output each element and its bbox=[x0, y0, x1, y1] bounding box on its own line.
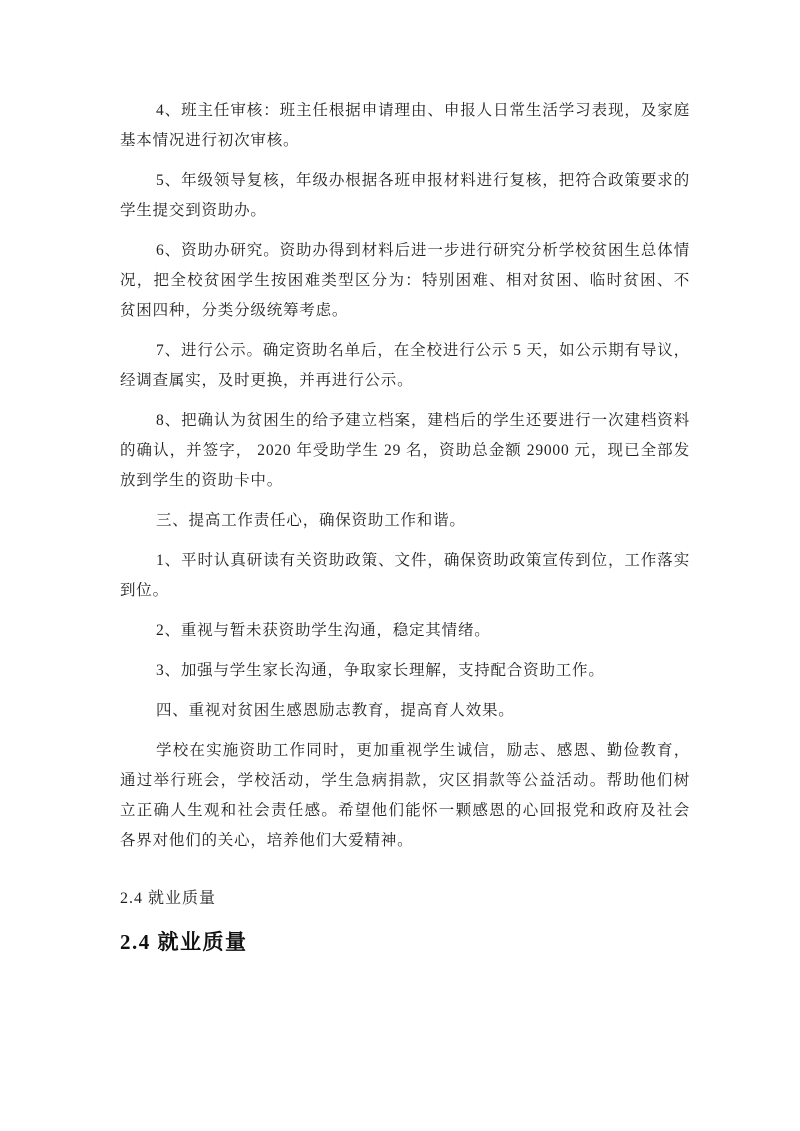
paragraph-item-6-research: 6、资助办研究。资助办得到材料后进一步进行研究分析学校贫困生总体情况，把全校贫困… bbox=[120, 236, 690, 326]
subsection-label-employment-quality: 2.4 就业质量 bbox=[120, 884, 690, 914]
paragraph-item-4-review: 4、班主任审核：班主任根据申请理由、申报人日常生活学习表现，及家庭基本情况进行初… bbox=[120, 96, 690, 156]
section-heading-employment-quality: 2.4 就业质量 bbox=[120, 926, 690, 958]
paragraph-item-1-policy: 1、平时认真研读有关资助政策、文件，确保资助政策宣传到位，工作落实到位。 bbox=[120, 546, 690, 606]
paragraph-item-3-parents: 3、加强与学生家长沟通，争取家长理解，支持配合资助工作。 bbox=[120, 656, 690, 686]
paragraph-item-5-recheck: 5、年级领导复核，年级办根据各班申报材料进行复核，把符合政策要求的学生提交到资助… bbox=[120, 166, 690, 226]
paragraph-section-four: 四、重视对贫困生感恩励志教育，提高育人效果。 bbox=[120, 696, 690, 726]
document-page: 4、班主任审核：班主任根据申请理由、申报人日常生活学习表现，及家庭基本情况进行初… bbox=[0, 0, 800, 1131]
paragraph-section-three: 三、提高工作责任心，确保资助工作和谐。 bbox=[120, 506, 690, 536]
paragraph-item-2-communication: 2、重视与暂未获资助学生沟通，稳定其情绪。 bbox=[120, 616, 690, 646]
paragraph-closing: 学校在实施资助工作同时，更加重视学生诚信，励志、感恩、勤俭教育，通过举行班会，学… bbox=[120, 736, 690, 856]
paragraph-item-8-archive: 8、把确认为贫困生的给予建立档案，建档后的学生还要进行一次建档资料的确认，并签字… bbox=[120, 406, 690, 496]
paragraph-item-7-publicity: 7、进行公示。确定资助名单后，在全校进行公示 5 天，如公示期有导议，经调查属实… bbox=[120, 336, 690, 396]
